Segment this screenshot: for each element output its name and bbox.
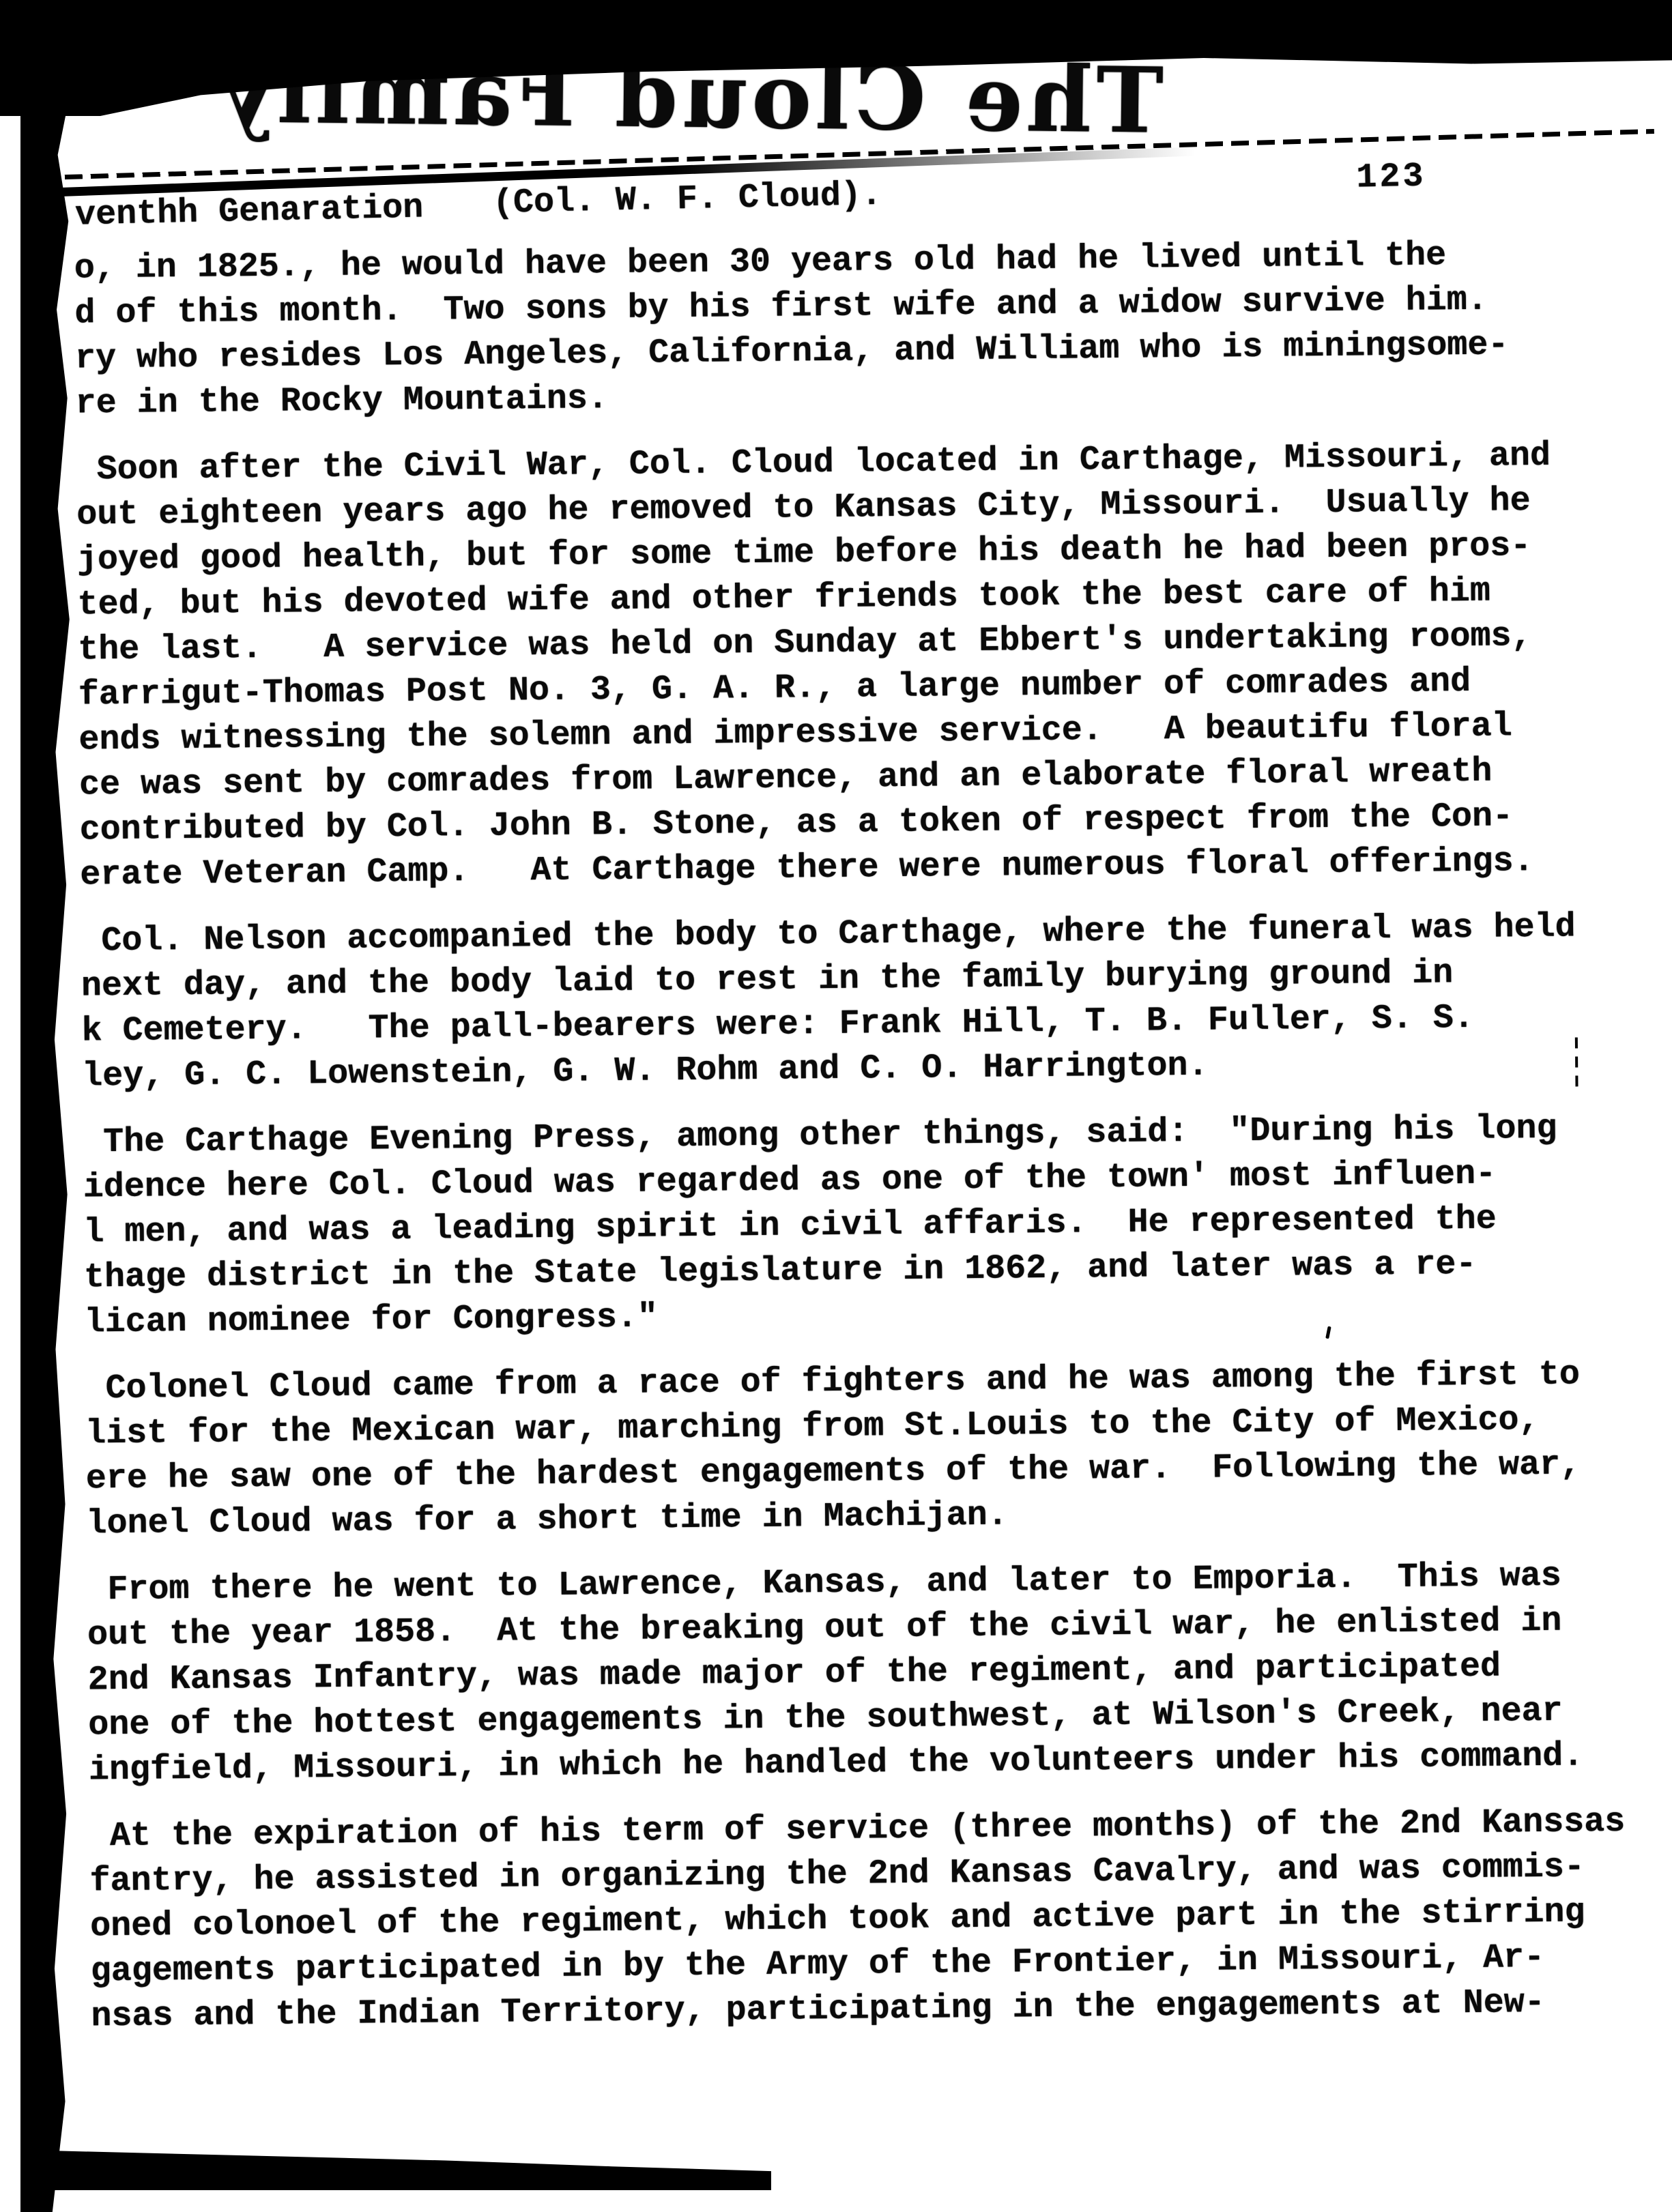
subject-heading: (Col. W. F. Cloud). <box>492 176 882 223</box>
document-content: The Cloud Family venthh Genaration (Col.… <box>0 0 1672 2212</box>
paragraph: Col. Nelson accompanied the body to Cart… <box>81 904 1672 1099</box>
scanned-page: { "colors": { "ink": "#0a0a0a", "paper":… <box>0 0 1672 2212</box>
page-number: 123 <box>1356 157 1426 197</box>
paragraph: Colonel Cloud came from a race of fighte… <box>85 1352 1672 1547</box>
generation-heading: venthh Genaration <box>75 188 424 235</box>
body-text: o, in 1825., he would have been 30 years… <box>74 231 1672 2061</box>
paragraph: o, in 1825., he would have been 30 years… <box>74 231 1666 426</box>
paragraph: From there he went to Lawrence, Kansas, … <box>87 1553 1672 1793</box>
paragraph: Soon after the Civil War, Col. Cloud loc… <box>76 433 1670 898</box>
paragraph: At the expiration of his term of service… <box>89 1799 1672 2039</box>
paragraph: The Carthage Evening Press, among other … <box>83 1105 1672 1345</box>
scan-artifact-dashes <box>1575 1037 1579 1086</box>
